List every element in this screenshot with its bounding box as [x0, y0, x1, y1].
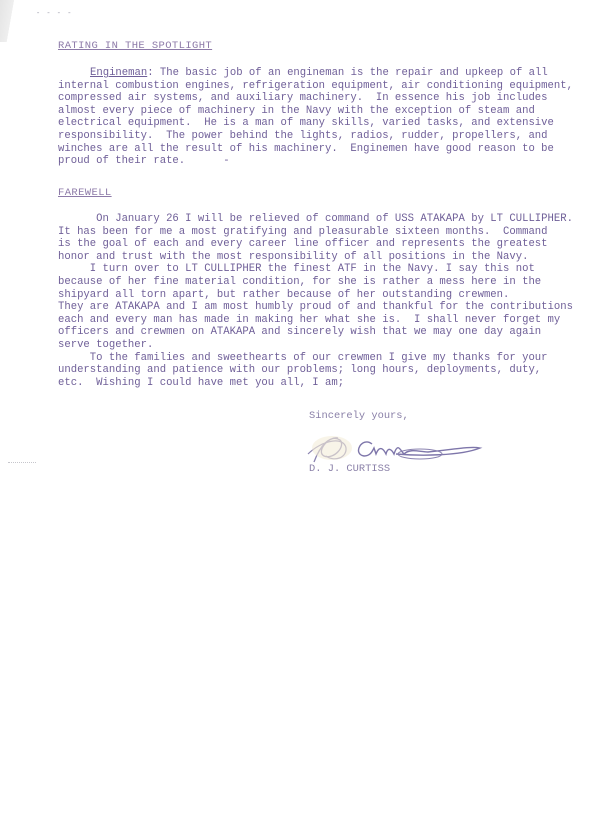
line: It has been for me a most gratifying and…	[58, 226, 548, 238]
line: To the families and sweethearts of our c…	[58, 352, 548, 364]
line: officers and crewmen on ATAKAPA and sinc…	[58, 326, 541, 338]
section-heading-farewell: FAREWELL	[58, 187, 112, 199]
line: I turn over to LT CULLIPHER the finest A…	[58, 263, 535, 275]
line: because of her fine material condition, …	[58, 276, 541, 288]
line: each and every man has made in making he…	[58, 314, 560, 326]
scan-corner-shadow	[0, 0, 18, 42]
line: compressed air systems, and auxiliary ma…	[58, 92, 548, 104]
line: : The basic job of an engineman is the r…	[147, 67, 548, 79]
line: honor and trust with the most responsibi…	[58, 251, 528, 263]
salutation: Sincerely yours,	[309, 410, 409, 422]
line: internal combustion engines, refrigerati…	[58, 80, 573, 92]
line: winches are all the result of his machin…	[58, 143, 554, 155]
line: proud of their rate. -	[58, 155, 230, 167]
line: almost every piece of machinery in the N…	[58, 105, 535, 117]
line: On January 26 I will be relieved of comm…	[58, 213, 573, 225]
margin-mark	[8, 462, 36, 463]
engineman-term: Engineman	[90, 67, 147, 79]
line: serve together.	[58, 339, 153, 351]
section-heading-spotlight: RATING IN THE SPOTLIGHT	[58, 40, 212, 52]
signer-name: D. J. CURTISS	[309, 463, 390, 475]
engineman-paragraph: Engineman: The basic job of an engineman…	[58, 67, 578, 168]
page-stamp: - - - -	[36, 10, 72, 18]
line: They are ATAKAPA and I am most humbly pr…	[58, 301, 573, 313]
line: shipyard all torn apart, but rather beca…	[58, 289, 509, 301]
line: etc. Wishing I could have met you all, I…	[58, 377, 344, 389]
line: electrical equipment. He is a man of man…	[58, 117, 554, 129]
line: understanding and patience with our prob…	[58, 364, 541, 376]
line: is the goal of each and every career lin…	[58, 238, 548, 250]
line: responsibility. The power behind the lig…	[58, 130, 548, 142]
farewell-paragraph: On January 26 I will be relieved of comm…	[58, 213, 578, 389]
